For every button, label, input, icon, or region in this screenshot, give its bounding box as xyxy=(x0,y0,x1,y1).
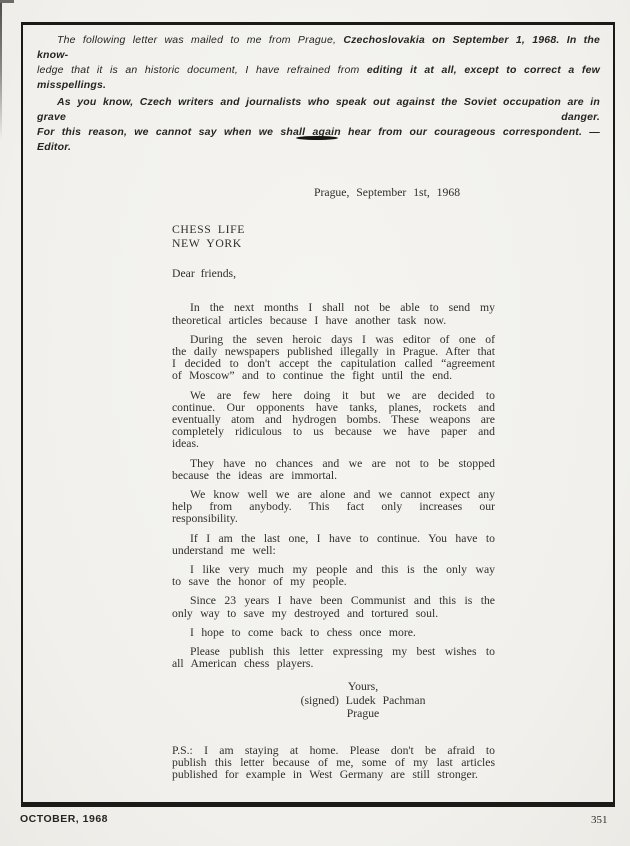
address-line-1: CHESS LIFE xyxy=(172,223,495,237)
letter-paragraph: I like very much my people and this is t… xyxy=(172,564,495,588)
letter-body: Prague, September 1st, 1968 CHESS LIFE N… xyxy=(172,183,495,782)
editor-note-text: The following letter was mailed to me fr… xyxy=(57,34,336,46)
signature-closing: Yours, xyxy=(268,680,458,694)
editor-note-text-bold: As you know, Czech writers and journalis… xyxy=(37,96,600,123)
scanned-magazine-page: The following letter was mailed to me fr… xyxy=(0,0,630,846)
editor-note-line: For this reason, we cannot say when we s… xyxy=(37,125,600,155)
letter-paragraph: Please publish this letter expressing my… xyxy=(172,646,495,670)
letter-address: CHESS LIFE NEW YORK xyxy=(172,223,495,251)
letter-paragraph: Since 23 years I have been Communist and… xyxy=(172,595,495,619)
letter-paragraph: During the seven heroic days I was edito… xyxy=(172,334,495,383)
editor-note-text: ledge that it is an historic document, I… xyxy=(37,64,359,76)
letter-salutation: Dear friends, xyxy=(172,268,495,280)
footer-issue-label: OCTOBER, 1968 xyxy=(20,813,108,825)
signature-city: Prague xyxy=(268,707,458,721)
postscript: P.S.: I am staying at home. Please don't… xyxy=(172,745,495,782)
address-line-2: NEW YORK xyxy=(172,237,495,251)
letter-paragraphs: In the next months I shall not be able t… xyxy=(172,302,495,670)
letter-paragraph: In the next months I shall not be able t… xyxy=(172,302,495,326)
letter-dateline: Prague, September 1st, 1968 xyxy=(314,187,495,199)
letter-paragraph: I hope to come back to chess once more. xyxy=(172,627,495,639)
signature-block: Yours, (signed) Ludek Pachman Prague xyxy=(268,680,458,721)
footer-page-number: 351 xyxy=(591,814,608,826)
editor-note-line: The following letter was mailed to me fr… xyxy=(37,33,600,63)
editor-note-line: ledge that it is an historic document, I… xyxy=(37,63,600,93)
scan-edge-artifact xyxy=(0,0,14,3)
tapered-divider-rule xyxy=(296,136,338,140)
signature-name: (signed) Ludek Pachman xyxy=(268,694,458,708)
letter-paragraph: We are few here doing it but we are deci… xyxy=(172,390,495,451)
letter-paragraph: We know well we are alone and we cannot … xyxy=(172,489,495,526)
editor-note-line: As you know, Czech writers and journalis… xyxy=(37,95,600,125)
letter-paragraph: If I am the last one, I have to continue… xyxy=(172,533,495,557)
scan-edge-artifact xyxy=(0,0,2,140)
letter-paragraph: They have no chances and we are not to b… xyxy=(172,458,495,482)
